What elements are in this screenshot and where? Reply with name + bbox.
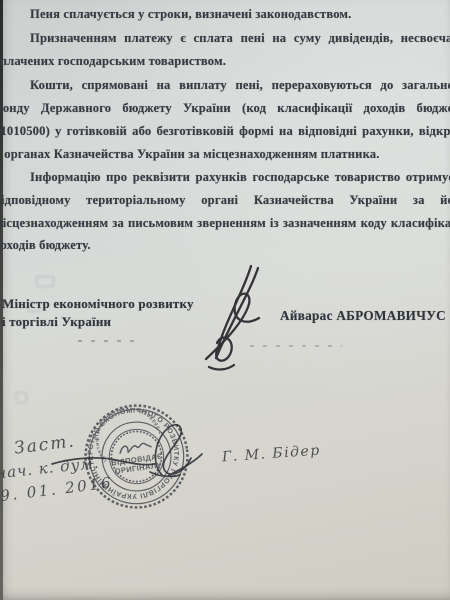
- body-line: Призначенням платежу є сплата пені на су…: [30, 31, 450, 48]
- body-line: відповідному територіальному органі Казн…: [0, 193, 450, 210]
- body-line: Пеня сплачується у строки, визначені зак…: [30, 7, 351, 22]
- signer-title: Міністр економічного розвитку і торгівлі…: [2, 295, 194, 331]
- body-line: Інформацію про реквізити рахунків господ…: [30, 170, 450, 187]
- body-line: Кошти, спрямовані на виплату пені, перер…: [30, 78, 450, 95]
- signer-title-line2: і торгівлі України: [2, 313, 194, 331]
- bleed-through-mark: [36, 276, 54, 287]
- body-line: місцезнаходженням за письмовим звернення…: [0, 216, 450, 233]
- signer-name: Айварас АБРОМАВИЧУС: [280, 308, 446, 324]
- bleed-through-mark: [16, 392, 27, 403]
- handwritten-reviewer-name: Г. М. Бідер: [222, 443, 322, 466]
- body-line: в органах Казначейства України за місцез…: [0, 147, 380, 162]
- faint-dash-marks: [78, 340, 140, 342]
- body-line: 21010500) у готівковій або безготівковій…: [0, 124, 450, 141]
- scanned-document-photo: Пеня сплачується у строки, визначені зак…: [0, 0, 450, 600]
- body-line: доходів бюджету.: [0, 238, 91, 253]
- bleed-through-mark: [28, 302, 40, 312]
- minister-signature: [196, 262, 274, 376]
- body-line: сплачених господарським товариством.: [0, 54, 226, 69]
- faint-dotted-line: [250, 345, 342, 347]
- body-line: фонду Державного бюджету України (код кл…: [0, 101, 450, 118]
